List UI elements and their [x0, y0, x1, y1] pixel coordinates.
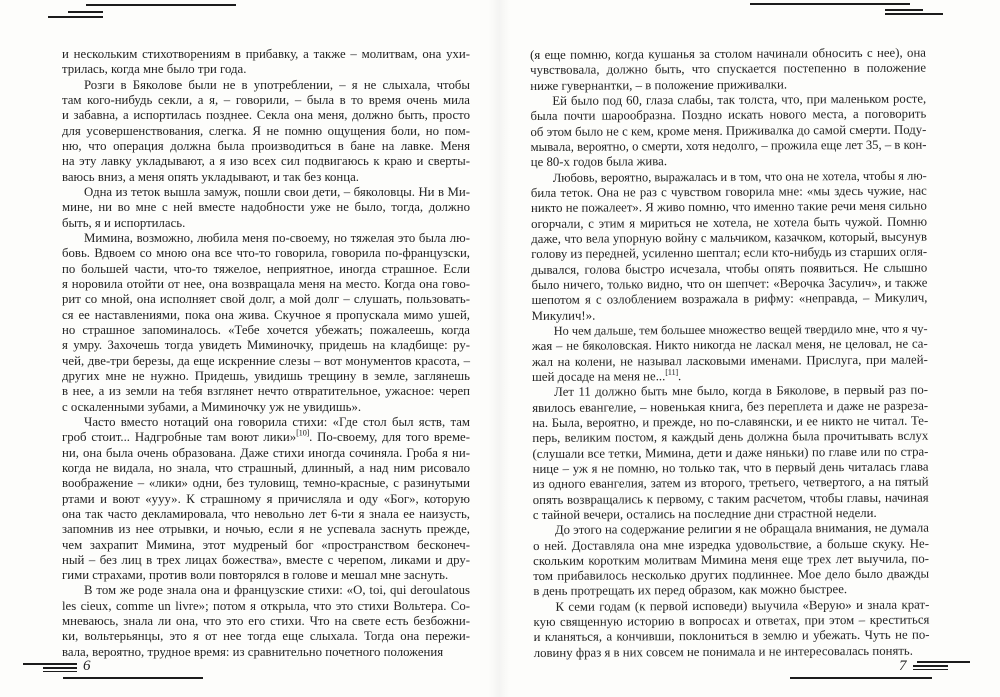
text-line-content: Часто вместо нотаций она говорила стихи:…: [84, 415, 470, 429]
paragraph: Но чем дальше, тем большее множество вещ…: [532, 321, 928, 385]
text-line: я умру. Захочешь тогда увидеть Миминочку…: [62, 338, 470, 353]
text-line: В том же роде знала она и французские ст…: [62, 583, 470, 598]
paragraph: До этого на содержание религии я не обра…: [533, 521, 929, 600]
text-line-content: и забавна, а испортилась позднее. Секла …: [62, 108, 470, 122]
text-line-content: огорчали, с этим я мириться не хотела, н…: [531, 214, 927, 230]
text-line-content: скольким коротким молитвам Мимина меня е…: [533, 551, 929, 567]
text-line: трилась, когда мне было три года.: [62, 62, 470, 77]
text-line-content: в день протрещать их перед образом, как …: [533, 583, 847, 599]
ornament-rule-top-left-short-1: [68, 11, 103, 13]
text-line: воображение – «лики» одни, без туловищ, …: [62, 476, 470, 491]
text-line: быть, я и испортилась.: [62, 216, 470, 231]
text-line: Мимина, возможно, любила меня по-своему,…: [62, 231, 470, 246]
text-line-content: рит со мной, она исполняет свой долг, а …: [62, 292, 470, 306]
text-line-content: ни, она была очень образована. Даже стих…: [62, 446, 470, 460]
text-line-content: по большей части, что-то тяжелое, неприя…: [62, 262, 470, 276]
text-line-content: была почти шарообразна. Поздно искать но…: [530, 107, 926, 123]
text-line: на эту лавку укладывают, а я изо всех си…: [62, 154, 470, 169]
text-line: рит со мной, она исполняет свой долг, а …: [62, 292, 470, 307]
paragraph: Одна из теток вышла замуж, пошли свои де…: [62, 185, 470, 231]
text-line: ся ее наставлениями, пока она жива. Скуч…: [62, 308, 470, 323]
text-line-content: я умру. Захочешь тогда увидеть Миминочку…: [62, 338, 470, 352]
text-line-content: Одна из теток вышла замуж, пошли свои де…: [84, 185, 470, 199]
text-line-content: опять возвращались к первому, с таким ра…: [533, 490, 929, 506]
page-number-right: 7: [899, 658, 907, 675]
text-line-content: Мимина, возможно, любила меня по-своему,…: [84, 231, 470, 245]
text-line-content: жал на колени, не называл ласковыми имен…: [532, 352, 928, 368]
text-line-content: шепотом я с озлоблением возражала в рифм…: [531, 291, 927, 307]
text-line-content: дывался, голова быстро исчезала, чтобы о…: [531, 260, 927, 276]
text-line: Одна из теток вышла замуж, пошли свои де…: [62, 185, 470, 200]
text-line-content: Но чем дальше, тем большее множество вещ…: [554, 321, 928, 337]
text-line-content: Микулич!».: [532, 308, 596, 322]
text-line-content: (слушали все тетки, Мимина, дети и даже …: [532, 444, 928, 460]
text-line: она так часто декламировала, что невольн…: [62, 507, 470, 522]
text-line-content: чувствовала, должно быть, что спускается…: [530, 61, 926, 77]
page-gutter-shadow: [488, 0, 510, 697]
text-line-content: била теток. Она не раз с чувством говори…: [531, 184, 927, 200]
paragraph: Часто вместо нотаций она говорила стихи:…: [62, 415, 470, 584]
text-line: мине, ни во мне с ней вместе надобности …: [62, 200, 470, 215]
text-line-content: воображение – «лики» одни, без туловищ, …: [62, 476, 470, 490]
text-line-content: ся ее наставлениями, пока она жива. Скуч…: [62, 308, 470, 322]
text-line-content: К семи годам (к первой исповеди) выучила…: [555, 597, 929, 613]
ornament-rule-top-right-short-2: [885, 13, 943, 15]
text-line-content: ртами и воют «ууу». К страшному я причис…: [62, 492, 470, 506]
ornament-rule-top-left-short-2: [48, 16, 103, 18]
text-line: Часто вместо нотаций она говорила стихи:…: [62, 415, 470, 430]
text-line: и забавна, а испортилась позднее. Секла …: [62, 108, 470, 123]
text-line: чувствовала, должно быть, что спускается…: [530, 61, 926, 79]
ornament-rule-top-left-long: [86, 4, 236, 6]
text-line: Розги в Бяколове были не в употреблении,…: [62, 78, 470, 93]
text-line: бовь. Вдвоем со мною она все что-то гово…: [62, 246, 470, 261]
text-line-content: мневаюсь, знала ли она, что это его стих…: [62, 614, 470, 628]
text-line-content: це 80-х годов была жива.: [531, 154, 667, 169]
text-line-content: трилась, когда мне было три года.: [62, 62, 246, 76]
text-line-content: чем захрапит Мимина, этот мудреный бог «…: [62, 538, 470, 552]
paragraph: Любовь, вероятно, выражалась и в том, чт…: [531, 168, 928, 324]
text-line: мневаюсь, знала ли она, что это его стих…: [62, 614, 470, 629]
text-line-content: об этом было не с кем, кроме меня. Прижи…: [530, 122, 926, 138]
text-line-content: голову из передней, усиленно шептал; есл…: [531, 245, 927, 261]
text-line: чей, две-три березы, да еще искренние сл…: [62, 354, 470, 369]
text-line: ваюсь вниз, а меня опять укладывают, и т…: [62, 170, 470, 185]
paragraph: Ей было под 60, глаза слабы, так толста,…: [530, 92, 926, 171]
text-line-content: Ей было под 60, глаза слабы, так толста,…: [552, 92, 926, 108]
text-line: для усовершенствования, слегка. Я не пом…: [62, 124, 470, 139]
text-line-content: других мне не нужно. Придешь, увидишь тр…: [62, 369, 470, 383]
text-line: les cieux, comme un livre»; потом я откр…: [62, 599, 470, 614]
text-line: ки, вольтерьянцы, это я от нее тогда еще…: [62, 629, 470, 644]
text-line: мывала, вероятно, о смерти, хотя недолго…: [531, 138, 927, 156]
ornament-rule-bottom-left-1: [23, 663, 77, 665]
text-line: вала, вероятно, трудное время: из сравни…: [62, 645, 470, 660]
page-right-text-block: (я еще помню, когда кушанья за столом на…: [530, 46, 930, 662]
ornament-rule-top-right-short-1: [885, 9, 923, 11]
text-line: но страшное запоминалось. «Тебе хочется …: [62, 323, 470, 338]
text-line-content: ваюсь вниз, а меня опять укладывают, и т…: [62, 170, 359, 184]
text-line-content: но страшное запоминалось. «Тебе хочется …: [62, 323, 470, 337]
text-line-content: ки, вольтерьянцы, это я от нее тогда еще…: [62, 629, 470, 643]
paragraph: К семи годам (к первой исповеди) выучила…: [533, 597, 929, 661]
text-line: чем захрапит Мимина, этот мудреный бог «…: [62, 538, 470, 553]
text-line-content: даже, что вела упорную войну с мальчиком…: [531, 230, 927, 246]
text-line-content: ню, что операция должна была производить…: [62, 139, 470, 153]
text-line-content: бовь. Вдвоем со мною она все что-то гово…: [62, 246, 470, 260]
text-line-content: гроб стоит... Надгробные там воют лики»[…: [62, 430, 470, 444]
text-line: шепотом я с озлоблением возражала в рифм…: [531, 291, 927, 309]
text-line-content: и нескольким стихотворениям в прибавку, …: [62, 47, 470, 61]
text-line: гроб стоит... Надгробные там воют лики»[…: [62, 430, 470, 445]
text-line-content: с оскаленными зубами, а Миминочку уж не …: [62, 400, 361, 414]
text-line-content: кую священную историю в вопросах и ответ…: [533, 613, 929, 629]
text-line-content: она так часто декламировала, что невольн…: [62, 507, 470, 521]
ornament-rule-top-right-long: [750, 3, 910, 5]
text-line-content: (я еще помню, когда кушанья за столом на…: [530, 46, 926, 62]
text-line: других мне не нужно. Придешь, увидишь тр…: [62, 369, 470, 384]
text-line: ню, что операция должна была производить…: [62, 139, 470, 154]
text-line-content: и кланяться, а кончивши, поклониться в з…: [534, 628, 930, 644]
ornament-rule-bottom-left-2: [43, 667, 77, 669]
book-spread: и нескольким стихотворениям в прибавку, …: [0, 0, 1000, 697]
text-line: ный – без лиц в трех лицах божества», вм…: [62, 553, 470, 568]
text-line-content: ный – без лиц в трех лицах божества», вм…: [62, 553, 470, 567]
paragraph: Мимина, возможно, любила меня по-своему,…: [62, 231, 470, 415]
text-line-content: о ней. Доставляла она мне изредка удовол…: [533, 536, 929, 552]
text-line-content: чей, две-три березы, да еще искренние сл…: [62, 354, 470, 368]
text-line-content: Лет 11 должно быть мне было, когда в Бяк…: [554, 383, 928, 399]
paragraph: (я еще помню, когда кушанья за столом на…: [530, 46, 926, 94]
text-line: в нее, а из земли на тебя взглянет нечто…: [62, 384, 470, 399]
text-line: запомнив из нее отрывки, и ночью, если я…: [62, 522, 470, 537]
ornament-rule-bottom-right-2: [913, 665, 948, 667]
text-line-content: там кого-нибудь секли, а я, – говорили, …: [62, 93, 470, 107]
text-line-content: шей досаде на меня не...[11].: [532, 369, 681, 384]
text-line: с оскаленными зубами, а Миминочку уж не …: [62, 400, 470, 415]
text-line-content: никто не пожалеет». Я живо помню, что им…: [531, 199, 927, 215]
paragraph: Розги в Бяколове были не в употреблении,…: [62, 78, 470, 185]
text-line-content: мине, ни во мне с ней вместе надобности …: [62, 200, 470, 214]
text-line: жал на колени, не называл ласковыми имен…: [532, 352, 928, 370]
ornament-rule-bottom-left-3: [43, 671, 77, 673]
text-line-content: вала, вероятно, трудное время: из сравни…: [62, 645, 443, 659]
text-line-content: на. Была, вероятно, и прежде, но по-слав…: [532, 413, 928, 429]
text-line-content: с тайной вечери, остались на последние д…: [533, 506, 877, 522]
text-line: ловину фраз я в них совсем не понимала и…: [534, 643, 930, 661]
footnote-marker: [11]: [665, 367, 678, 377]
page-number-left: 6: [83, 658, 91, 675]
page-left-text-block: и нескольким стихотворениям в прибавку, …: [62, 47, 470, 660]
text-line: гими страхами, против воли повторялся в …: [62, 568, 470, 583]
ornament-rule-bottom-right-1: [917, 661, 970, 663]
text-line-content: в нее, а из земли на тебя взглянет нечто…: [62, 384, 470, 398]
text-line-content: быть, я и испортилась.: [62, 216, 185, 230]
text-line: ни, она была очень образована. Даже стих…: [62, 446, 470, 461]
ornament-rule-bottom-right-underline: [790, 677, 932, 679]
text-line-content: было ничего, только видно, что он шепчет…: [531, 275, 927, 291]
text-line-content: перь, великим постом, я каждый день долж…: [532, 429, 928, 445]
text-line-content: из одного евангелия, затем из второго, т…: [533, 475, 929, 491]
text-line: ртами и воют «ууу». К страшному я причис…: [62, 492, 470, 507]
text-line-content: я норовила отойти от нее, она возвращала…: [62, 277, 470, 291]
text-line-content: на эту лавку укладывают, а я изо всех си…: [62, 154, 470, 168]
text-line-content: жая – не бяколовская. Никто никогда не л…: [532, 337, 928, 353]
text-line-content: когда не видала, но знала, что страшный,…: [62, 461, 470, 475]
paragraph: В том же роде знала она и французские ст…: [62, 583, 470, 660]
ornament-rule-bottom-right-3: [913, 669, 948, 671]
paragraph: и нескольким стихотворениям в прибавку, …: [62, 47, 470, 78]
ornament-rule-bottom-left-underline: [63, 677, 203, 679]
footnote-marker: [10]: [296, 428, 309, 438]
text-line-content: запомнив из нее отрывки, и ночью, если я…: [62, 522, 470, 536]
text-line-content: До этого на содержание религии я не обра…: [555, 521, 929, 537]
text-line-content: явилось евангелие, – новенькая книга, бе…: [532, 398, 928, 414]
text-line: и нескольким стихотворениям в прибавку, …: [62, 47, 470, 62]
text-line: там кого-нибудь секли, а я, – говорили, …: [62, 93, 470, 108]
text-line-content: ловину фраз я в них совсем не понимала и…: [534, 643, 913, 659]
text-line-content: les cieux, comme un livre»; потом я откр…: [62, 599, 470, 613]
text-line: том прибавилось несколько других подлинн…: [533, 567, 929, 585]
text-line: по большей части, что-то тяжелое, неприя…: [62, 262, 470, 277]
text-line-content: том прибавилось несколько других подлинн…: [533, 567, 929, 583]
text-line-content: гими страхами, против воли повторялся в …: [62, 568, 448, 582]
text-line: когда не видала, но знала, что страшный,…: [62, 461, 470, 476]
text-line-content: В том же роде знала она и французские ст…: [84, 583, 470, 597]
paragraph: Лет 11 должно быть мне было, когда в Бяк…: [532, 383, 929, 523]
text-line-content: Розги в Бяколове были не в употреблении,…: [84, 78, 470, 92]
text-line-content: нице – уж я не помню, но только так, что…: [533, 459, 929, 475]
text-line: я норовила отойти от нее, она возвращала…: [62, 277, 470, 292]
text-line-content: для усовершенствования, слегка. Я не пом…: [62, 124, 470, 138]
text-line-content: Любовь, вероятно, выражалась и в том, чт…: [553, 168, 927, 184]
text-line-content: ниже гувернантки, – в положение приживал…: [530, 77, 787, 93]
text-line-content: мывала, вероятно, о смерти, хотя недолго…: [531, 138, 927, 154]
